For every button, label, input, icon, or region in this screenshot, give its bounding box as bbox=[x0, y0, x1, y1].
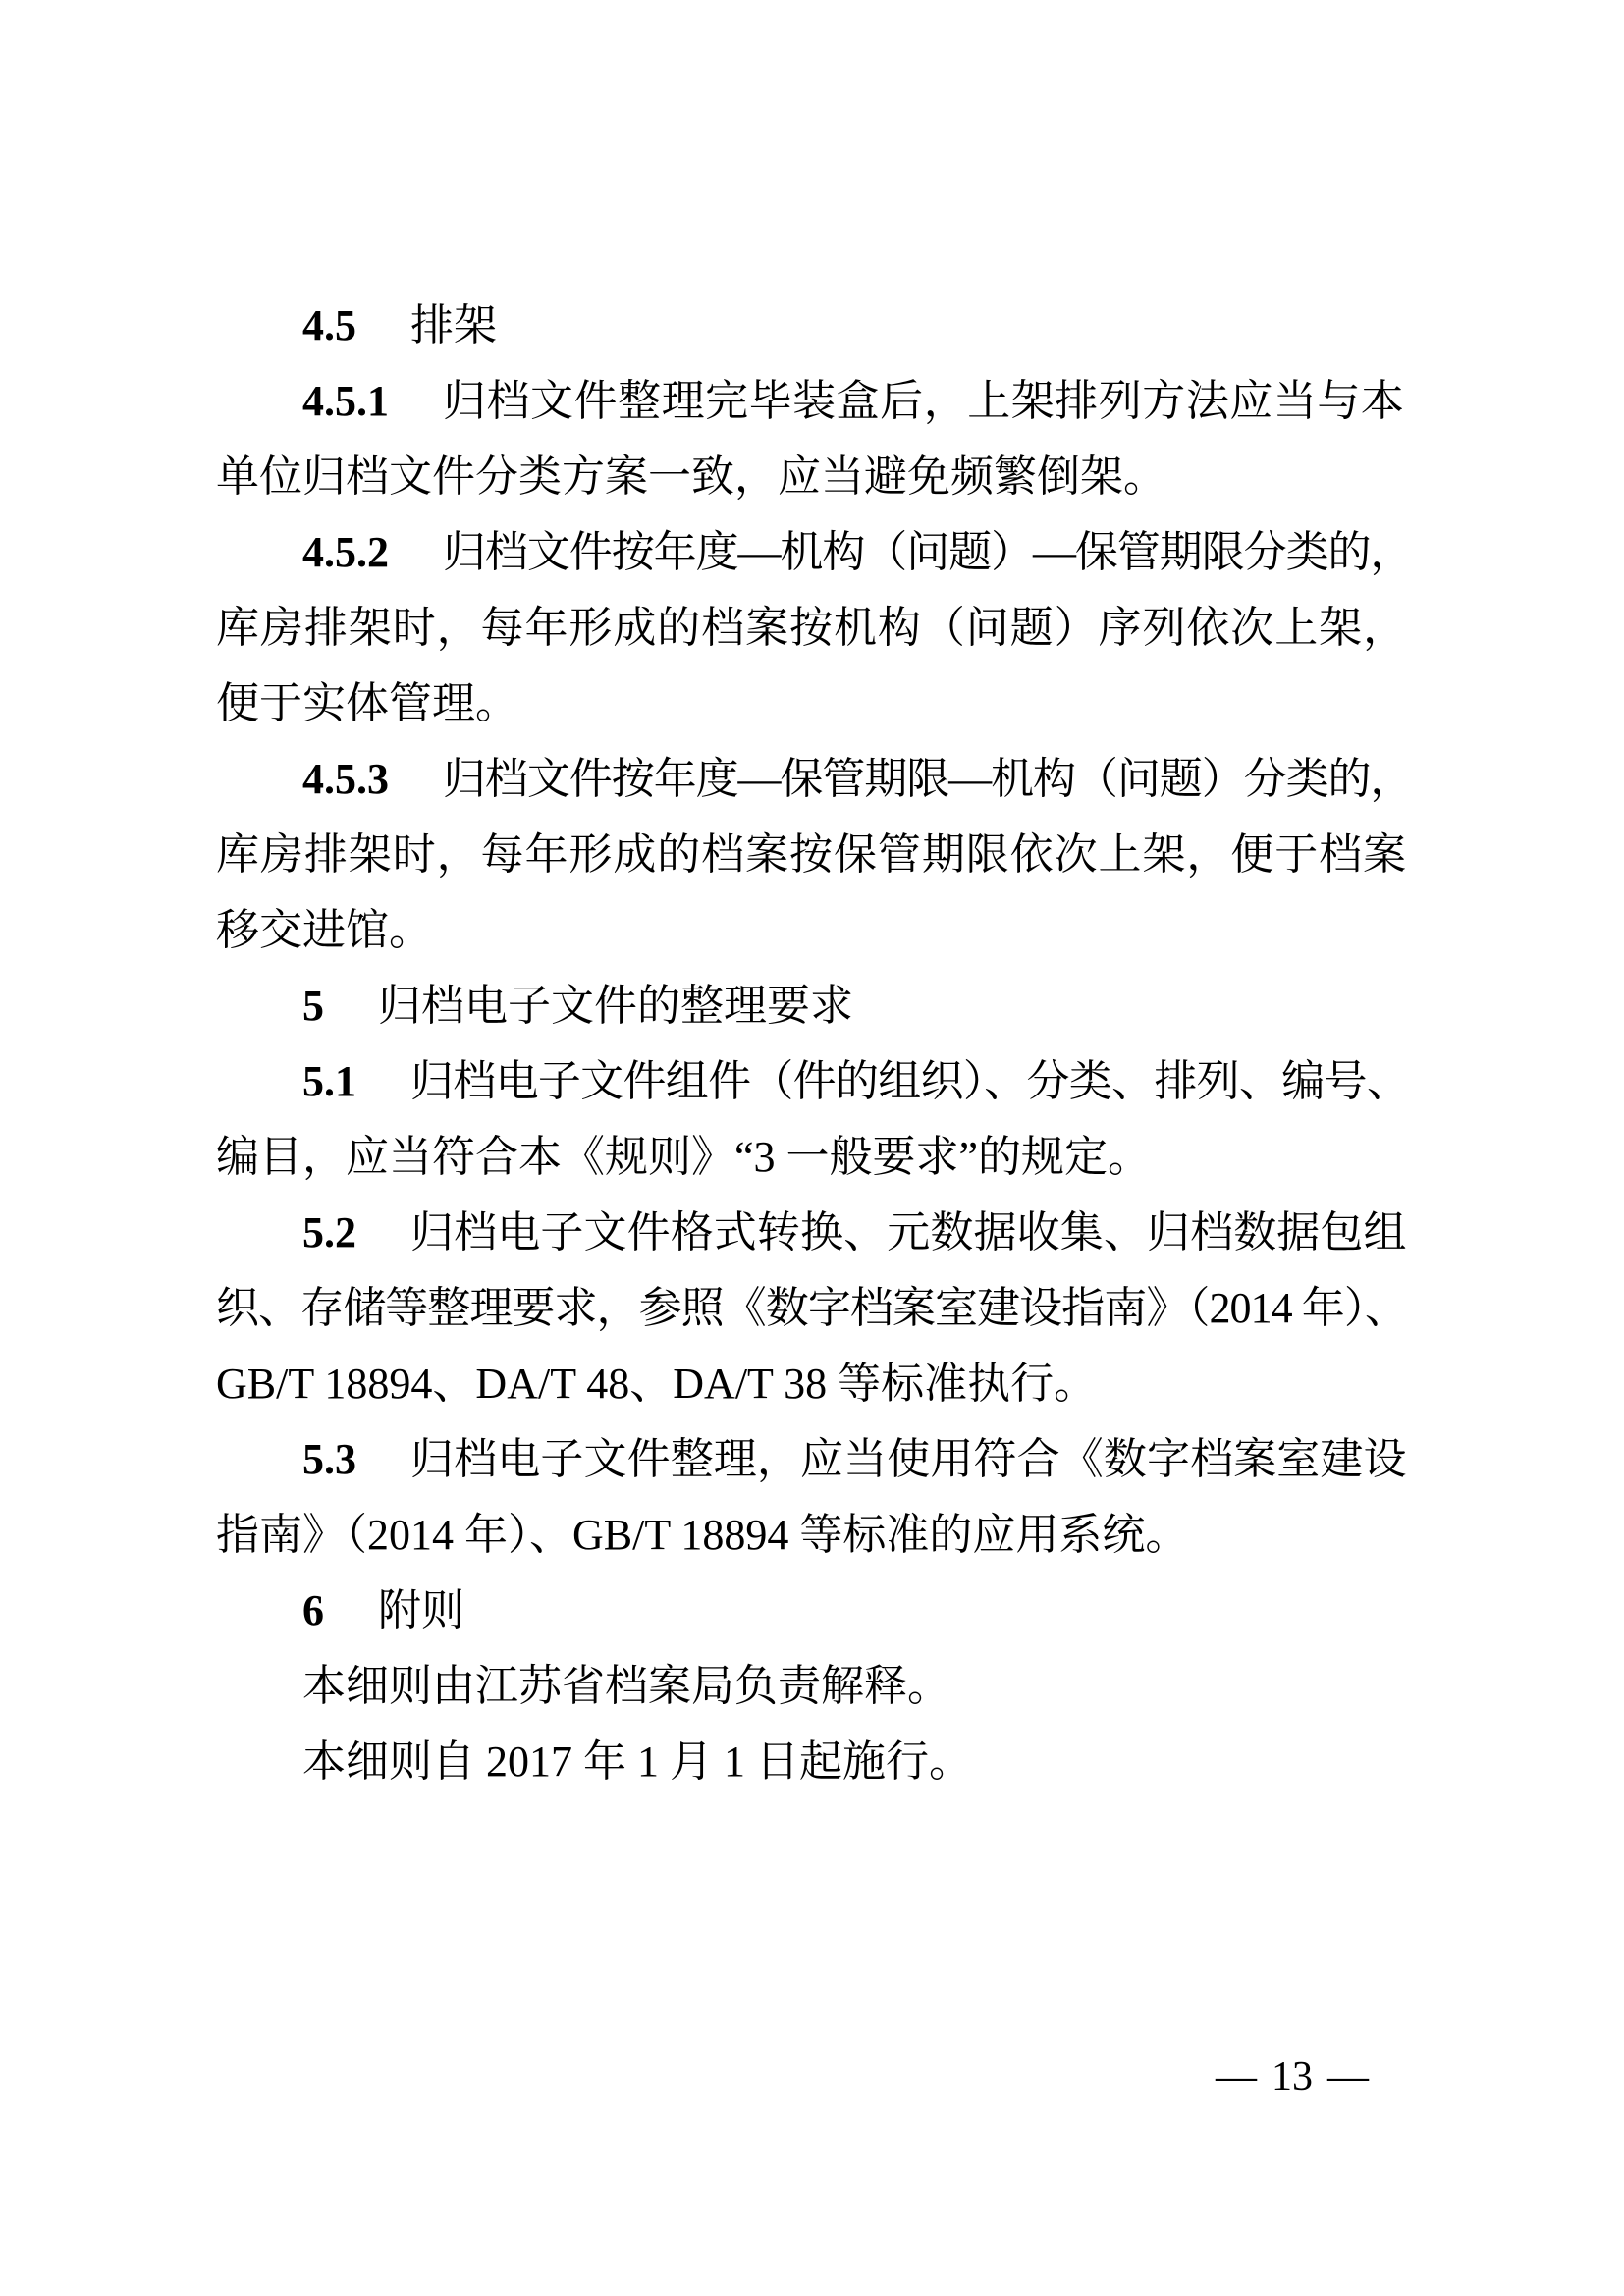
section-number: 5.3 bbox=[302, 1435, 356, 1483]
text-line: 本细则自 2017 年 1 月 1 日起施行。 bbox=[216, 1724, 1407, 1799]
text-line: 库房排架时，每年形成的档案按保管期限依次上架，便于档案 bbox=[216, 817, 1407, 892]
paragraph: 5.3归档电子文件整理，应当使用符合《数字档案室建设指南》（2014 年）、GB… bbox=[216, 1421, 1407, 1573]
text-line: 4.5.1归档文件整理完毕装盒后，上架排列方法应当与本 bbox=[216, 363, 1407, 439]
section-number: 6 bbox=[302, 1586, 324, 1634]
page-footer: —13— bbox=[1216, 2055, 1369, 2100]
paragraph: 4.5.1归档文件整理完毕装盒后，上架排列方法应当与本单位归档文件分类方案一致，… bbox=[216, 363, 1407, 514]
section-number: 5.1 bbox=[302, 1057, 356, 1105]
page: { "document": { "paragraphs": [ {"num": … bbox=[0, 0, 1624, 2296]
text-line: 本细则由江苏省档案局负责解释。 bbox=[216, 1648, 1407, 1724]
footer-dash-right: — bbox=[1327, 2055, 1369, 2100]
text-line: 编目，应当符合本《规则》“3 一般要求”的规定。 bbox=[216, 1119, 1407, 1195]
paragraph: 5.2归档电子文件格式转换、元数据收集、归档数据包组织、存储等整理要求，参照《数… bbox=[216, 1195, 1407, 1421]
text-line-text: 归档文件整理完毕装盒后，上架排列方法应当与本 bbox=[443, 377, 1404, 425]
paragraph: 本细则自 2017 年 1 月 1 日起施行。 bbox=[216, 1724, 1407, 1799]
text-line: 5.2归档电子文件格式转换、元数据收集、归档数据包组 bbox=[216, 1195, 1407, 1270]
text-line: 5.3归档电子文件整理，应当使用符合《数字档案室建设 bbox=[216, 1421, 1407, 1497]
text-line: 5.1归档电子文件组件（件的组织）、分类、排列、编号、 bbox=[216, 1043, 1407, 1119]
text-line: GB/T 18894、DA/T 48、DA/T 38 等标准执行。 bbox=[216, 1346, 1407, 1421]
text-line: 织、存储等整理要求，参照《数字档案室建设指南》（2014 年）、 bbox=[216, 1270, 1407, 1346]
text-line: 单位归档文件分类方案一致，应当避免频繁倒架。 bbox=[216, 439, 1407, 514]
text-line: 4.5.3归档文件按年度—保管期限—机构（问题）分类的， bbox=[216, 741, 1407, 817]
paragraph: 4.5.3归档文件按年度—保管期限—机构（问题）分类的，库房排架时，每年形成的档… bbox=[216, 741, 1407, 968]
text-line-text: 归档电子文件格式转换、元数据收集、归档数据包组 bbox=[410, 1208, 1407, 1256]
text-line-text: 归档电子文件整理，应当使用符合《数字档案室建设 bbox=[410, 1435, 1407, 1483]
section-number: 4.5.2 bbox=[302, 528, 389, 576]
text-line-text: 归档电子文件的整理要求 bbox=[378, 982, 853, 1030]
text-line: 库房排架时，每年形成的档案按机构（问题）序列依次上架， bbox=[216, 590, 1407, 666]
text-line-text: 排架 bbox=[410, 301, 497, 349]
paragraph: 5.1归档电子文件组件（件的组织）、分类、排列、编号、编目，应当符合本《规则》“… bbox=[216, 1043, 1407, 1195]
section-number: 4.5.1 bbox=[302, 377, 389, 425]
section-number: 4.5 bbox=[302, 301, 356, 349]
text-line: 4.5排架 bbox=[216, 288, 1407, 363]
text-line-text: 归档文件按年度—机构（问题）—保管期限分类的， bbox=[443, 528, 1412, 576]
document-body: 4.5排架4.5.1归档文件整理完毕装盒后，上架排列方法应当与本单位归档文件分类… bbox=[216, 288, 1407, 1799]
paragraph: 本细则由江苏省档案局负责解释。 bbox=[216, 1648, 1407, 1724]
text-line-text: 附则 bbox=[378, 1586, 464, 1634]
footer-dash-left: — bbox=[1216, 2055, 1257, 2100]
text-line: 指南》（2014 年）、GB/T 18894 等标准的应用系统。 bbox=[216, 1497, 1407, 1573]
text-line: 5归档电子文件的整理要求 bbox=[216, 968, 1407, 1043]
section-number: 5 bbox=[302, 982, 324, 1030]
section-number: 5.2 bbox=[302, 1208, 356, 1256]
paragraph: 4.5.2归档文件按年度—机构（问题）—保管期限分类的，库房排架时，每年形成的档… bbox=[216, 514, 1407, 741]
text-line-text: 归档文件按年度—保管期限—机构（问题）分类的， bbox=[443, 755, 1412, 803]
text-line: 4.5.2归档文件按年度—机构（问题）—保管期限分类的， bbox=[216, 514, 1407, 590]
paragraph: 4.5排架 bbox=[216, 288, 1407, 363]
text-line: 便于实体管理。 bbox=[216, 666, 1407, 741]
text-line: 6附则 bbox=[216, 1573, 1407, 1648]
page-number: 13 bbox=[1272, 2055, 1313, 2100]
paragraph: 5归档电子文件的整理要求 bbox=[216, 968, 1407, 1043]
text-line: 移交进馆。 bbox=[216, 892, 1407, 968]
text-line-text: 归档电子文件组件（件的组织）、分类、排列、编号、 bbox=[410, 1057, 1409, 1105]
section-number: 4.5.3 bbox=[302, 755, 389, 803]
paragraph: 6附则 bbox=[216, 1573, 1407, 1648]
